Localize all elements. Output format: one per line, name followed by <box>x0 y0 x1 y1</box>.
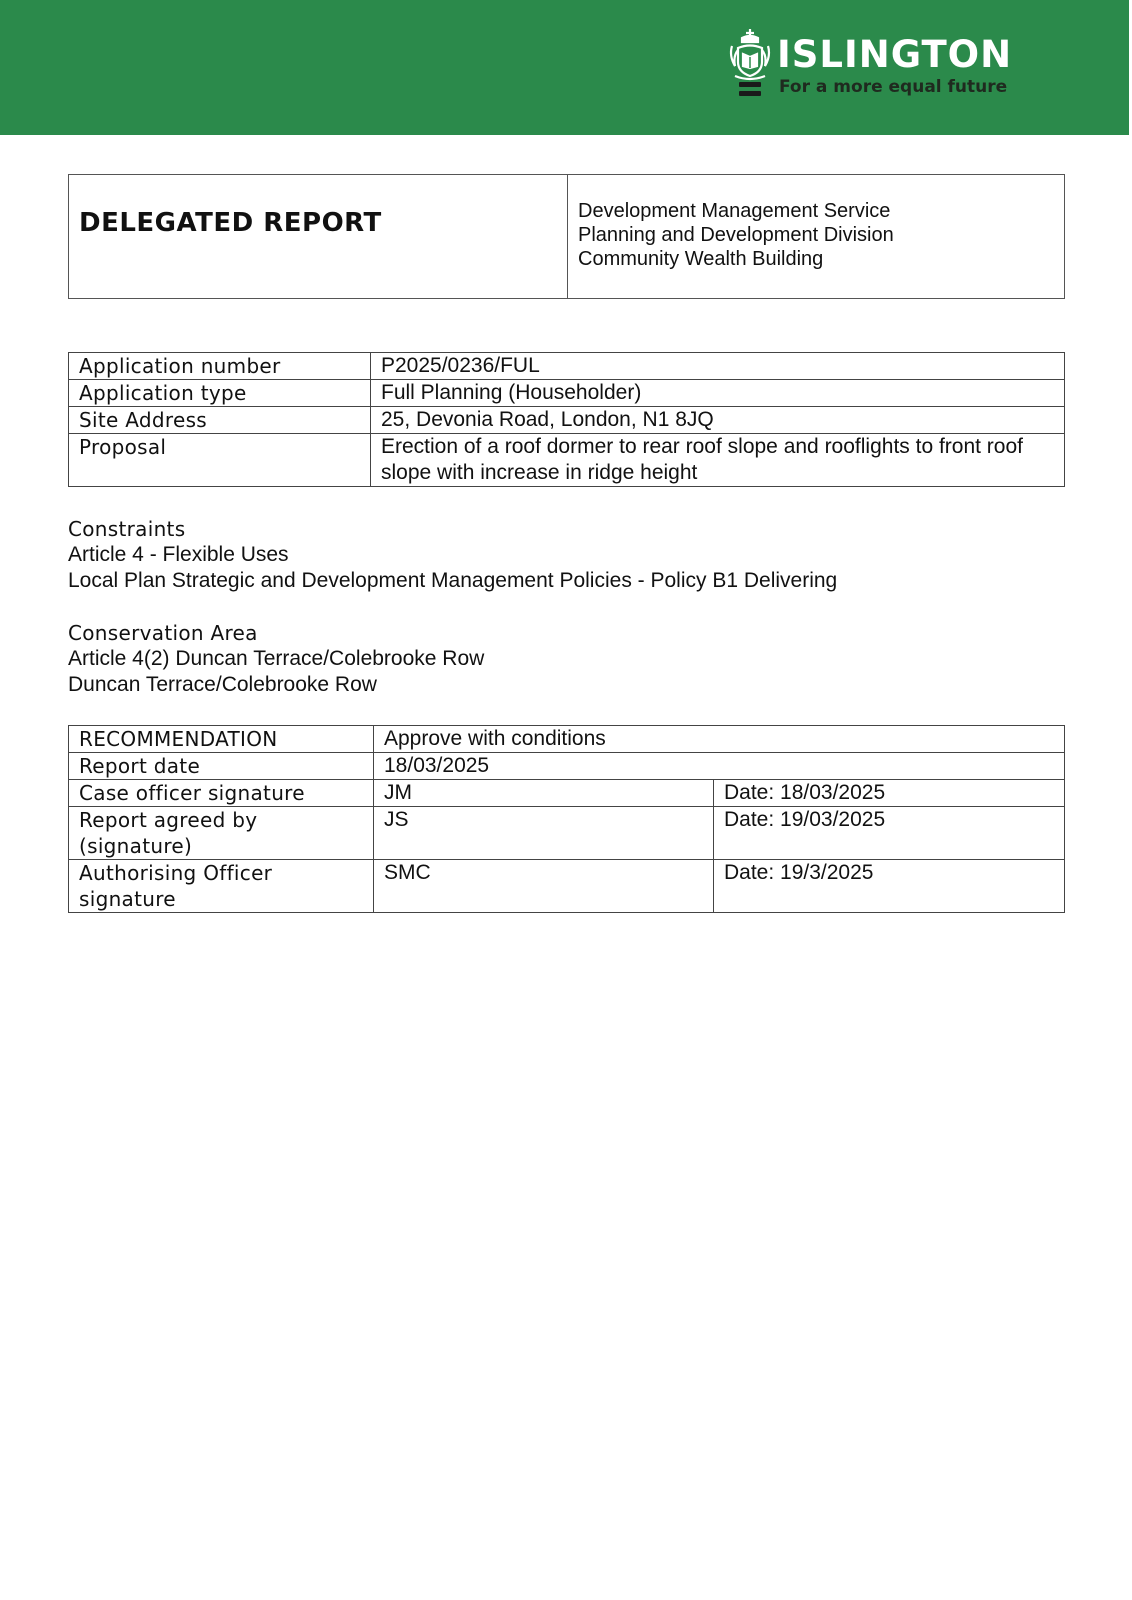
row-label: Application number <box>69 353 371 380</box>
table-row: Proposal Erection of a roof dormer to re… <box>69 434 1065 487</box>
signature-value: SMC <box>374 860 714 913</box>
constraint-item: Article 4 - Flexible Uses <box>68 542 837 568</box>
islington-logo: ISLINGTON For a more equal future <box>727 22 1027 102</box>
department-line: Development Management Service <box>578 199 1064 223</box>
conservation-item: Duncan Terrace/Colebrooke Row <box>68 672 484 698</box>
report-title-box: DELEGATED REPORT Development Management … <box>68 174 1065 299</box>
department-line: Community Wealth Building <box>578 247 1064 271</box>
row-label: Proposal <box>69 434 371 487</box>
row-label: Report date <box>69 753 374 780</box>
constraints-section: Constraints Article 4 - Flexible Uses Lo… <box>68 516 837 594</box>
logo-tagline: For a more equal future <box>779 79 1007 96</box>
table-row: Authorising Officer signature SMC Date: … <box>69 860 1065 913</box>
row-value: Full Planning (Householder) <box>371 380 1065 407</box>
signature-date: Date: 18/03/2025 <box>714 780 1065 807</box>
row-label: RECOMMENDATION <box>69 726 374 753</box>
table-row: Site Address 25, Devonia Road, London, N… <box>69 407 1065 434</box>
table-row: Application number P2025/0236/FUL <box>69 353 1065 380</box>
row-value: 18/03/2025 <box>374 753 1065 780</box>
row-label: Report agreed by (signature) <box>69 807 374 860</box>
row-label: Site Address <box>69 407 371 434</box>
row-value: 25, Devonia Road, London, N1 8JQ <box>371 407 1065 434</box>
row-value: Approve with conditions <box>374 726 1065 753</box>
table-row: Report agreed by (signature) JS Date: 19… <box>69 807 1065 860</box>
coat-of-arms-icon <box>727 26 773 84</box>
equals-bars-icon <box>739 82 761 98</box>
constraint-item: Local Plan Strategic and Development Man… <box>68 568 837 594</box>
signature-value: JS <box>374 807 714 860</box>
application-details-table: Application number P2025/0236/FUL Applic… <box>68 352 1065 487</box>
table-row: RECOMMENDATION Approve with conditions <box>69 726 1065 753</box>
table-row: Report date 18/03/2025 <box>69 753 1065 780</box>
signature-date: Date: 19/03/2025 <box>714 807 1065 860</box>
table-row: Case officer signature JM Date: 18/03/20… <box>69 780 1065 807</box>
department-line: Planning and Development Division <box>578 223 1064 247</box>
row-label: Application type <box>69 380 371 407</box>
signature-date: Date: 19/3/2025 <box>714 860 1065 913</box>
department-cell: Development Management Service Planning … <box>568 175 1064 298</box>
row-value: Erection of a roof dormer to rear roof s… <box>371 434 1065 487</box>
row-label: Authorising Officer signature <box>69 860 374 913</box>
report-title: DELEGATED REPORT <box>79 208 382 238</box>
conservation-section: Conservation Area Article 4(2) Duncan Te… <box>68 620 484 698</box>
report-title-cell: DELEGATED REPORT <box>69 175 568 298</box>
section-heading: Constraints <box>68 516 837 542</box>
signature-value: JM <box>374 780 714 807</box>
row-value: P2025/0236/FUL <box>371 353 1065 380</box>
conservation-item: Article 4(2) Duncan Terrace/Colebrooke R… <box>68 646 484 672</box>
row-label: Case officer signature <box>69 780 374 807</box>
logo-wordmark: ISLINGTON <box>777 36 1012 73</box>
header-banner: ISLINGTON For a more equal future <box>0 0 1129 135</box>
table-row: Application type Full Planning (Househol… <box>69 380 1065 407</box>
recommendation-table: RECOMMENDATION Approve with conditions R… <box>68 725 1065 913</box>
section-heading: Conservation Area <box>68 620 484 646</box>
